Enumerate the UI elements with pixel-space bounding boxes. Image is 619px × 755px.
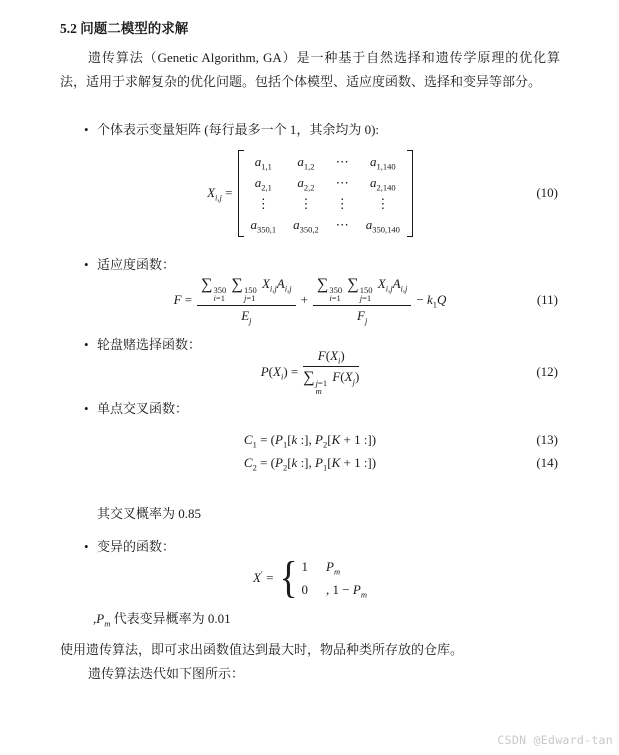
figure-intro-line: 遗传算法迭代如下图所示：	[60, 662, 560, 686]
equation-12: P(Xi) = F(Xi) ∑j=1m F(Xj) (12)	[60, 353, 560, 391]
equation-body: C1 = (P1[k :], P2[K + 1 :])	[244, 432, 376, 448]
bullet-icon: •	[84, 121, 97, 138]
case-value: 0	[302, 582, 309, 598]
plus-operator: +	[301, 292, 308, 308]
matrix-cell: a2,1	[255, 175, 272, 191]
matrix: a1,1 a1,2 ⋯ a1,140 a2,1 a2,2 ⋯ a2,140 ⋮ …	[238, 150, 413, 237]
left-brace: {	[280, 555, 298, 601]
bullet-icon: •	[84, 256, 97, 273]
mutation-probability-note: ,Pm 代表变异概率为 0.01	[93, 610, 560, 627]
matrix-cell: a1,140	[370, 154, 396, 170]
bullet-item-crossover: • 单点交叉函数：	[84, 400, 560, 417]
cases-rows: 1 Pm 0 , 1 − Pm	[302, 559, 367, 598]
fraction: ∑350i=1 ∑150j=1 Xi,jAi,j Fj	[313, 276, 411, 324]
matrix-cell: ⋮	[299, 196, 312, 212]
equation-tail: − k1Q	[416, 292, 446, 308]
matrix-cell: a1,2	[297, 154, 314, 170]
matrix-cell: a350,140	[366, 217, 400, 233]
matrix-cell: ⋯	[336, 175, 349, 191]
crossover-probability-note: 其交叉概率为 0.85	[97, 505, 560, 522]
bullet-item-mutation: • 变异的函数：	[84, 538, 560, 555]
fraction: F(Xi) ∑j=1m F(Xj)	[303, 348, 359, 396]
bullet-label: 轮盘赌选择函数：	[97, 336, 201, 353]
fraction-denominator: Ej	[197, 306, 295, 324]
matrix-cell: ⋮	[336, 196, 349, 212]
cases-expression: { 1 Pm 0 , 1 − Pm	[278, 555, 367, 601]
csdn-watermark: CSDN @Edward-tan	[497, 733, 613, 747]
section-heading: 5.2 问题二模型的求解	[60, 20, 560, 37]
equation-14: C2 = (P2[k :], P1[K + 1 :]) (14)	[60, 454, 560, 472]
bullet-label: 单点交叉函数：	[97, 400, 188, 417]
case-condition: Pm	[326, 559, 340, 575]
mutation-equation: X′ = { 1 Pm 0 , 1 − Pm	[60, 555, 560, 601]
equation-lhs: F =	[174, 292, 193, 308]
matrix-right-bracket	[407, 150, 413, 237]
matrix-cell: a2,140	[370, 175, 396, 191]
bullet-label: 变异的函数：	[97, 538, 175, 555]
matrix-cell: a1,1	[255, 154, 272, 170]
bullet-item-variable-matrix: • 个体表示变量矩阵 (每行最多一个 1，其余均为 0):	[84, 121, 560, 138]
matrix-cell: ⋮	[257, 196, 270, 212]
intro-paragraph: 遗传算法（Genetic Algorithm, GA）是一种基于自然选择和遗传学…	[60, 46, 560, 94]
fraction: ∑350i=1 ∑150j=1 Xi,jAi,j Ej	[197, 276, 295, 324]
document-body: 5.2 问题二模型的求解 遗传算法（Genetic Algorithm, GA）…	[60, 0, 560, 686]
equation-lhs: X′ =	[253, 570, 273, 586]
bullet-item-fitness: • 适应度函数：	[84, 256, 560, 273]
equation-lhs: P(Xi) =	[261, 364, 299, 380]
matrix-cell: a350,1	[251, 217, 277, 233]
matrix-cell: ⋯	[336, 154, 349, 170]
matrix-cell: a2,2	[297, 175, 314, 191]
fraction-numerator: F(Xi)	[303, 348, 359, 367]
equation-13: C1 = (P1[k :], P2[K + 1 :]) (13)	[60, 431, 560, 449]
matrix-cell: ⋮	[376, 196, 389, 212]
document-page: 5.2 问题二模型的求解 遗传算法（Genetic Algorithm, GA）…	[0, 0, 619, 755]
bullet-label: 个体表示变量矩阵 (每行最多一个 1，其余均为 0):	[97, 121, 379, 138]
equation-number: (13)	[536, 432, 558, 448]
bullet-icon: •	[84, 538, 97, 555]
matrix-grid: a1,1 a1,2 ⋯ a1,140 a2,1 a2,2 ⋯ a2,140 ⋮ …	[244, 150, 407, 237]
equation-number: (14)	[536, 455, 558, 471]
closing-paragraph: 使用遗传算法，即可求出函数值达到最大时，物品种类所存放的仓库。	[60, 638, 560, 662]
equation-number: (11)	[537, 292, 558, 308]
equation-number: (10)	[536, 185, 558, 201]
fraction-numerator: ∑350i=1 ∑150j=1 Xi,jAi,j	[313, 276, 411, 306]
fraction-denominator: ∑j=1m F(Xj)	[303, 367, 359, 396]
bullet-icon: •	[84, 336, 97, 353]
equation-11: F = ∑350i=1 ∑150j=1 Xi,jAi,j Ej + ∑350i=…	[60, 279, 560, 321]
equation-lhs: Xi,j =	[207, 185, 232, 201]
case-condition: , 1 − Pm	[326, 582, 367, 598]
matrix-cell: a350,2	[293, 217, 319, 233]
equation-10: Xi,j = a1,1 a1,2 ⋯ a1,140 a2,1 a2,2 ⋯ a2…	[60, 150, 560, 236]
case-value: 1	[302, 559, 309, 575]
bullet-label: 适应度函数：	[97, 256, 175, 273]
equation-number: (12)	[536, 364, 558, 380]
matrix-cell: ⋯	[336, 217, 349, 233]
bullet-icon: •	[84, 400, 97, 417]
equation-body: C2 = (P2[k :], P1[K + 1 :])	[244, 455, 376, 471]
fraction-denominator: Fj	[313, 306, 411, 324]
fraction-numerator: ∑350i=1 ∑150j=1 Xi,jAi,j	[197, 276, 295, 306]
